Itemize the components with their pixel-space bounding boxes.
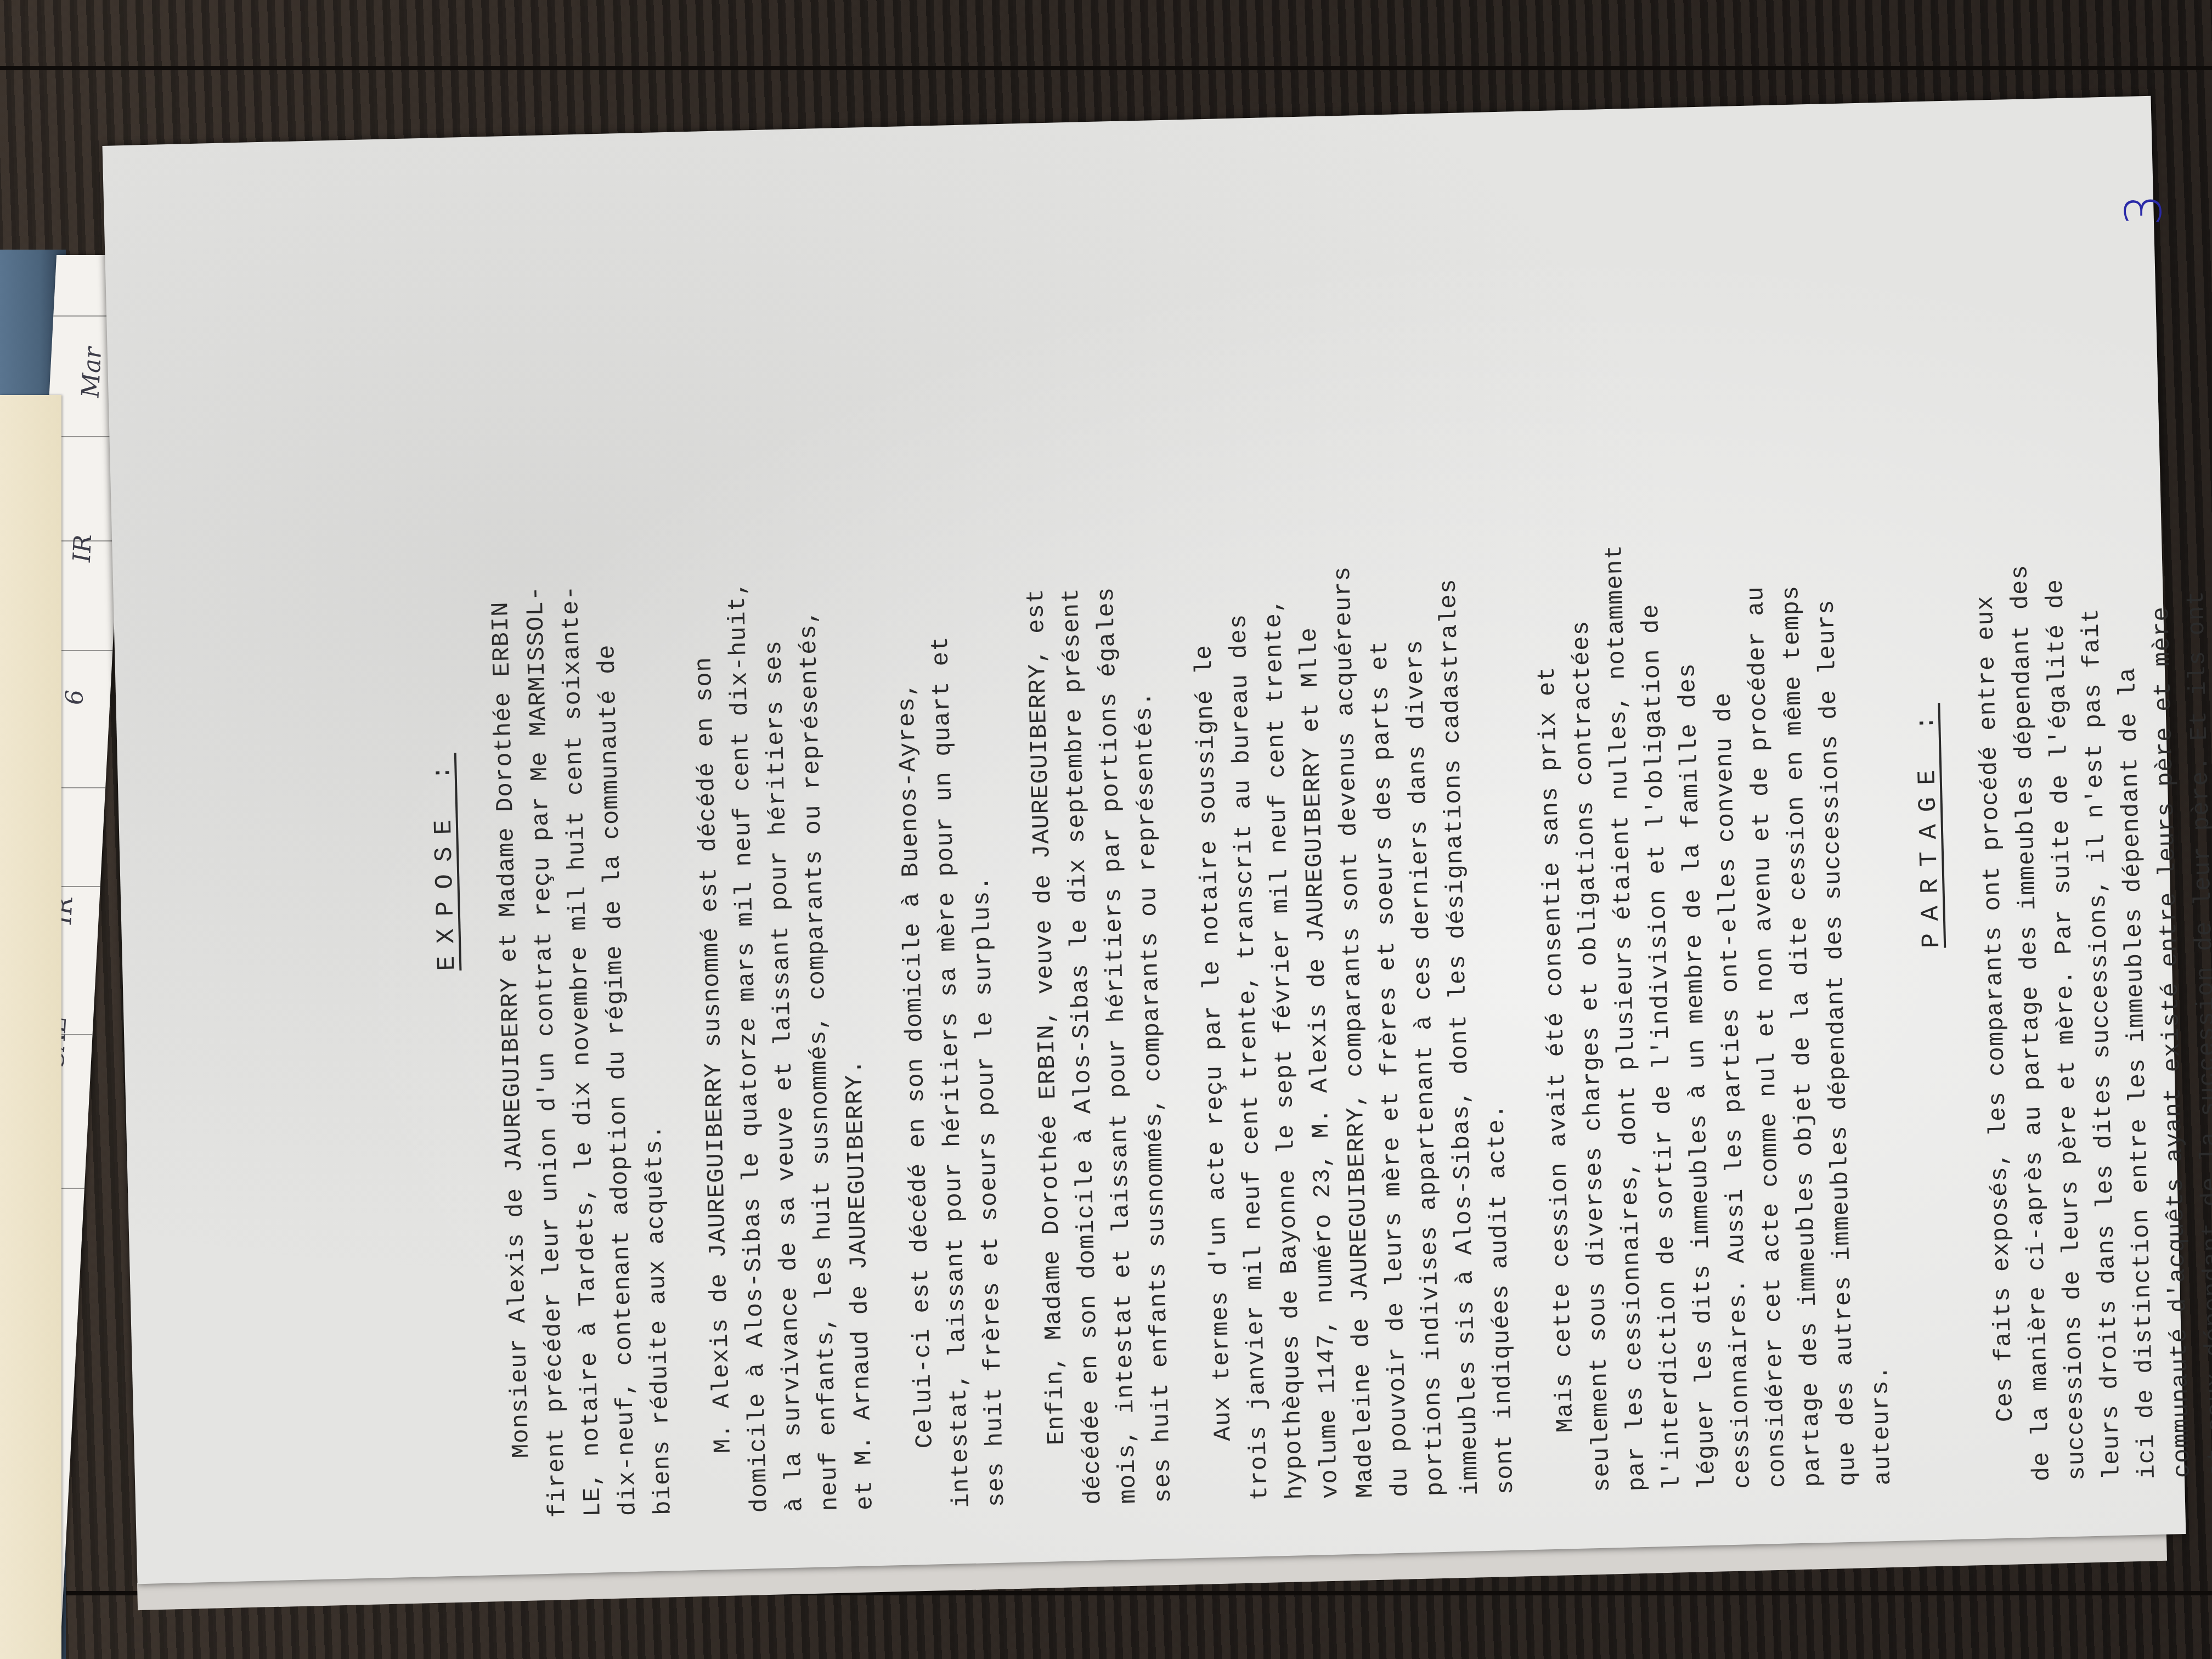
handwritten-fragment: 6 (60, 690, 89, 705)
paragraph: Monsieur Alexis de JAUREGUIBERRY et Mada… (473, 199, 681, 1519)
page-text: EXPOSE : Monsieur Alexis de JAUREGUIBERR… (411, 165, 2034, 1520)
section-heading-partage: PARTAGE : (1895, 167, 1962, 1485)
paragraph: Mais cette cession avait été consentie s… (1518, 168, 1901, 1493)
paragraph: Ces faits exposés, les comparants ont pr… (1957, 160, 2212, 1483)
paragraph: Aux termes d'un acte reçu par le notaire… (1176, 178, 1523, 1502)
paragraph: M. Alexis de JAUREGUIBERRY susnommé est … (675, 194, 883, 1514)
handwritten-page-number: 3 (2115, 194, 2173, 225)
section-heading-expose: EXPOSE : (411, 204, 478, 1521)
paragraph: Celui-ci est décédé en son domicile à Bu… (877, 190, 1015, 1509)
handwritten-fragment: Mar (76, 347, 107, 398)
table-seam (0, 66, 2212, 70)
typewritten-page: EXPOSE : Monsieur Alexis de JAUREGUIBERR… (103, 96, 2186, 1584)
cream-envelope (0, 395, 61, 1659)
paragraph: Enfin, Madame Dorothée ERBIN, veuve de J… (1009, 186, 1182, 1506)
handwritten-fragment: IR (68, 534, 98, 562)
